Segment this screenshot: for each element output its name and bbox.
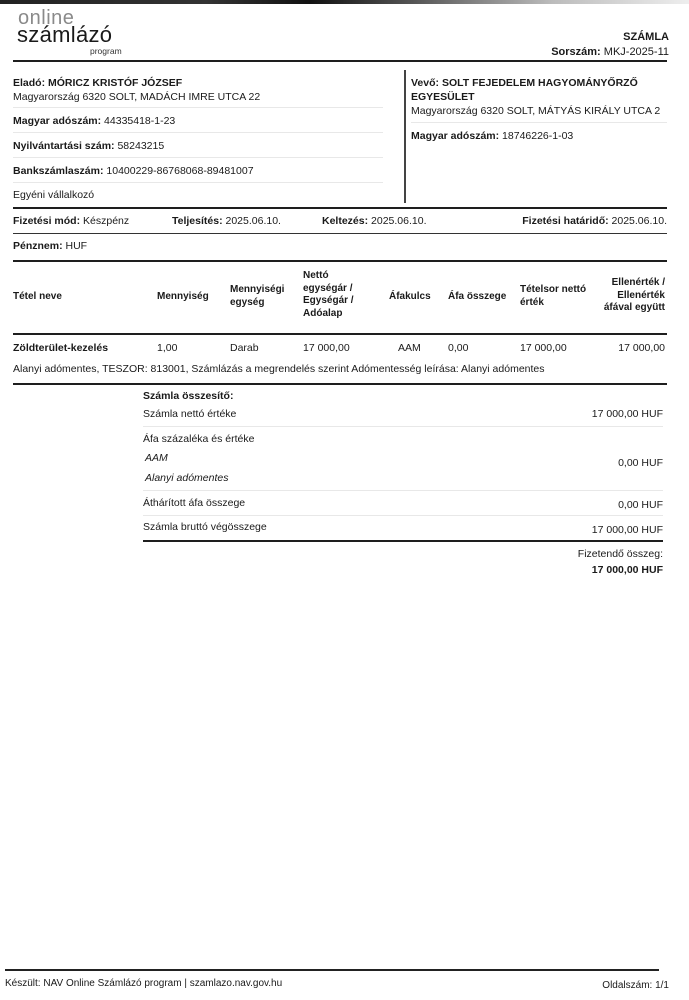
- col-header-unit: Mennyiségi egység: [230, 284, 284, 309]
- col-header-item-name: Tétel neve: [13, 291, 62, 304]
- payment-divider: [13, 233, 667, 234]
- col-header-unit-price: Nettó egységár / Egységár / Adóalap: [303, 270, 354, 320]
- cell-quantity: 1,00: [157, 341, 177, 355]
- cell-net-value: 17 000,00: [520, 341, 567, 355]
- cell-unit-price: 17 000,00: [303, 341, 350, 355]
- serial-number: Sorszám: MKJ-2025-11: [551, 44, 669, 60]
- seller-type: Egyéni vállalkozó: [13, 188, 94, 202]
- buyer-name: Vevő: SOLT FEJEDELEM HAGYOMÁNYŐRZŐ: [411, 76, 638, 90]
- summary-vat-code: AAM: [145, 451, 168, 465]
- buyer-tax-number: Magyar adószám: 18746226-1-03: [411, 129, 573, 143]
- logo-program-text: program: [90, 46, 122, 56]
- logo-szamlazo-text: számlázó: [17, 24, 112, 46]
- summary-vat-description: Alanyi adómentes: [145, 471, 228, 485]
- cell-item-note: Alanyi adómentes, TESZOR: 813001, Számlá…: [13, 362, 545, 376]
- summary-net-label: Számla nettó értéke: [143, 407, 236, 421]
- row-divider: [143, 490, 663, 491]
- row-divider: [411, 122, 667, 123]
- summary-transferred-vat-label: Áthárított áfa összege: [143, 496, 245, 510]
- doc-type: SZÁMLA: [551, 31, 669, 44]
- table-header-divider: [13, 333, 667, 335]
- table-top-divider: [13, 260, 667, 262]
- buyer-address: Magyarország 6320 SOLT, MÁTYÁS KIRÁLY UT…: [411, 104, 660, 118]
- row-divider: [143, 426, 663, 427]
- row-divider: [13, 107, 383, 108]
- summary-gross-label: Számla bruttó végösszege: [143, 520, 267, 534]
- table-bottom-divider: [13, 383, 667, 385]
- issue-date: Keltezés: 2025.06.10.: [322, 214, 427, 228]
- buyer-name-line2: EGYESÜLET: [411, 90, 475, 104]
- seller-name: Eladó: MÓRICZ KRISTÓF JÓZSEF: [13, 76, 182, 90]
- summary-title: Számla összesítő:: [143, 389, 233, 403]
- cell-vat-amount: 0,00: [448, 341, 468, 355]
- header-divider: [13, 60, 667, 62]
- col-header-quantity: Mennyiség: [157, 291, 209, 304]
- payable-label: Fizetendő összeg:: [578, 547, 663, 561]
- invoice-title-block: SZÁMLA Sorszám: MKJ-2025-11: [551, 31, 669, 60]
- summary-net-value: 17 000,00 HUF: [592, 407, 663, 421]
- currency: Pénznem: HUF: [13, 239, 87, 253]
- cell-unit: Darab: [230, 341, 259, 355]
- payment-method: Fizetési mód: Készpénz: [13, 214, 129, 228]
- row-divider: [13, 132, 383, 133]
- seller-buyer-divider: [404, 70, 406, 203]
- payable-amount: 17 000,00 HUF: [592, 563, 663, 577]
- summary-vat-label: Áfa százaléka és értéke: [143, 432, 254, 446]
- cell-gross-value: 17 000,00: [618, 341, 665, 355]
- scan-edge: [0, 0, 689, 4]
- online-szamlazo-logo: online számlázó program: [17, 8, 127, 56]
- fulfillment-date: Teljesítés: 2025.06.10.: [172, 214, 281, 228]
- footer-divider: [5, 969, 659, 971]
- col-header-gross-value: Ellenérték / Ellenérték áfával együtt: [604, 277, 665, 315]
- col-header-vat-rate: Áfakulcs: [389, 291, 431, 304]
- seller-tax-number: Magyar adószám: 44335418-1-23: [13, 114, 175, 128]
- cell-item-name: Zöldterület-kezelés: [13, 341, 108, 355]
- row-divider: [13, 182, 383, 183]
- footer-page-number: Oldalszám: 1/1: [602, 979, 669, 993]
- row-divider: [143, 515, 663, 516]
- summary-divider: [143, 540, 663, 542]
- seller-bank-account: Bankszámlaszám: 10400229-86768068-894810…: [13, 164, 254, 178]
- summary-vat-value: 0,00 HUF: [618, 456, 663, 470]
- summary-gross-value: 17 000,00 HUF: [592, 523, 663, 537]
- info-divider: [13, 207, 667, 209]
- due-date: Fizetési határidő: 2025.06.10.: [522, 214, 667, 228]
- footer-made-by: Készült: NAV Online Számlázó program | s…: [5, 977, 282, 991]
- col-header-net-value: Tételsor nettó érték: [520, 284, 586, 309]
- col-header-vat-amount: Áfa összege: [448, 291, 506, 304]
- cell-vat-rate: AAM: [398, 341, 421, 355]
- row-divider: [13, 157, 383, 158]
- summary-transferred-vat-value: 0,00 HUF: [618, 498, 663, 512]
- seller-address: Magyarország 6320 SOLT, MADÁCH IMRE UTCA…: [13, 90, 260, 104]
- seller-registration-number: Nyilvántartási szám: 58243215: [13, 139, 164, 153]
